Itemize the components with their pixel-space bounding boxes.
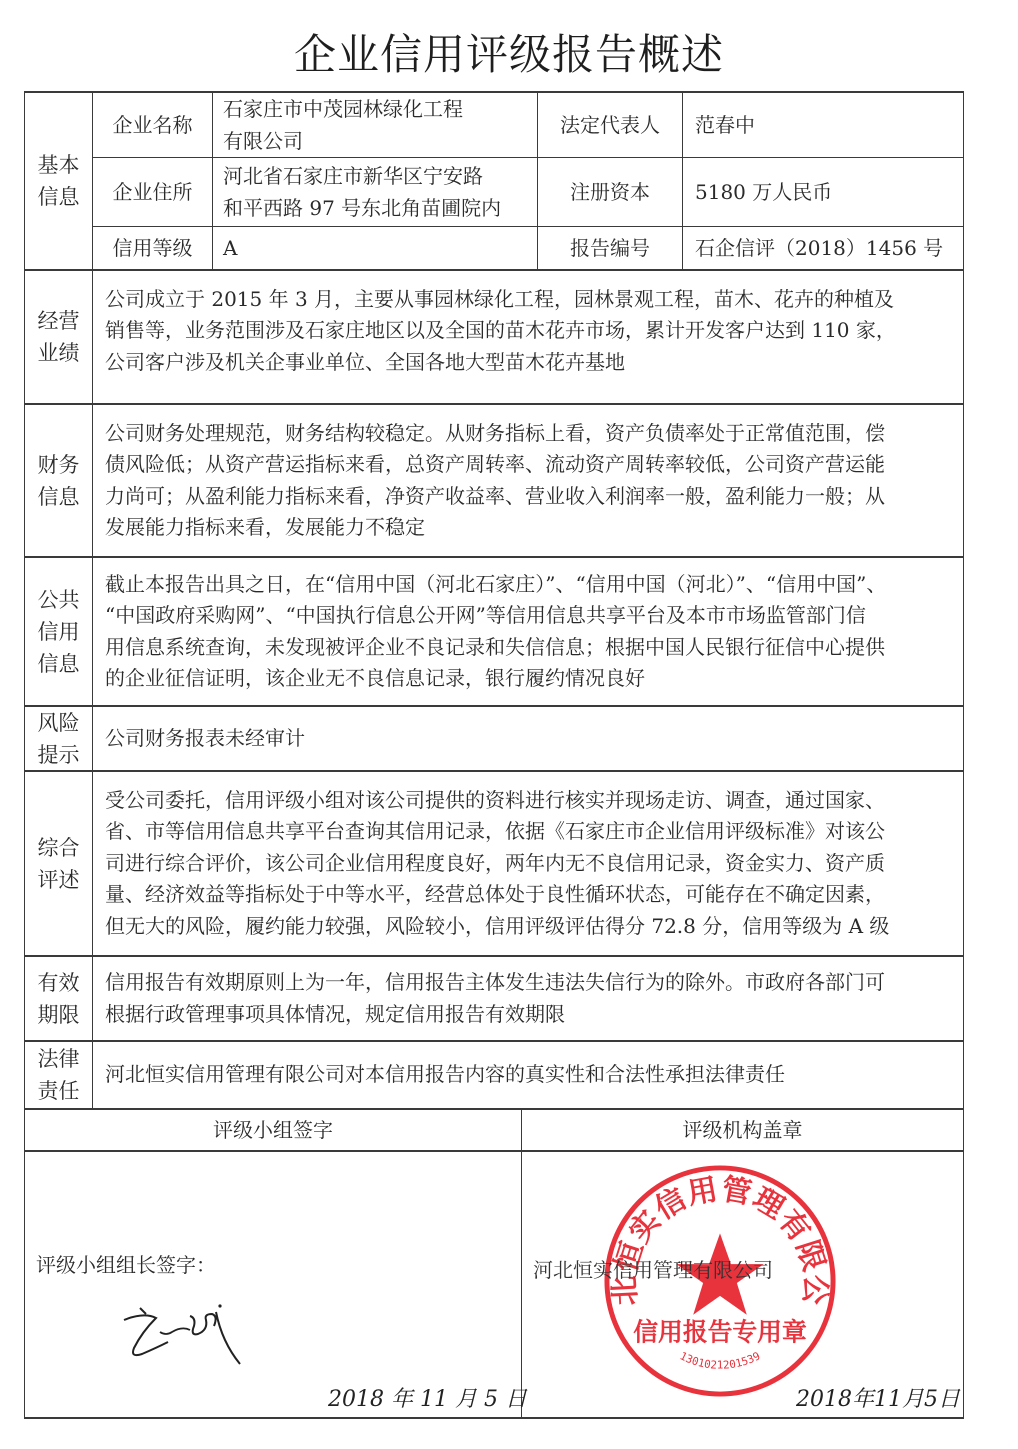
address-label: 企业住所 xyxy=(93,158,212,226)
credit-grade-value: A xyxy=(213,227,537,269)
company-name-line: 有限公司 xyxy=(223,125,463,157)
text-line: 但无大的风险，履约能力较强，风险较小，信用评级评估得分 72.8 分，信用等级为… xyxy=(105,911,889,943)
label-line: 责任 xyxy=(38,1075,80,1107)
svg-text:1301021201539: 1301021201539 xyxy=(678,1349,763,1371)
registered-capital-value: 5180 万人民币 xyxy=(683,158,963,226)
text-line: 债风险低；从资产营运指标来看，总资产周转率、流动资产周转率较低，公司资产营运能 xyxy=(105,449,885,481)
label-line: 风险 xyxy=(38,707,80,739)
section-label-financial: 财务信息 xyxy=(25,405,92,556)
section-body-summary: 受公司委托，信用评级小组对该公司提供的资料进行核实并现场走访、调查，通过国家、省… xyxy=(93,772,963,955)
section-body-risk: 公司财务报表未经审计 xyxy=(93,707,963,770)
handwritten-signature xyxy=(118,1290,278,1370)
svg-text:信用报告专用章: 信用报告专用章 xyxy=(633,1318,807,1347)
section-label-public-credit: 公共信用信息 xyxy=(25,558,92,705)
text-line: 发展能力指标来看，发展能力不稳定 xyxy=(105,512,885,544)
label-line: 综合 xyxy=(38,832,80,864)
text-line: 量、经济效益等指标处于中等水平，经营总体处于良性循环状态，可能存在不确定因素， xyxy=(105,879,889,911)
address-value: 河北省石家庄市新华区宁安路和平西路 97 号东北角苗圃院内 xyxy=(213,158,537,226)
text-line: 公司客户涉及机关企事业单位、全国各地大型苗木花卉基地 xyxy=(105,347,896,379)
registered-capital-label: 注册资本 xyxy=(538,158,682,226)
credit-grade-label: 信用等级 xyxy=(93,227,212,269)
section-body-validity: 信用报告有效期原则上为一年，信用报告主体发生违法失信行为的除外。市政府各部门可根… xyxy=(93,957,963,1040)
agency-seal-date: 2018年11月5日 xyxy=(796,1382,960,1413)
text-line: 公司财务报表未经审计 xyxy=(105,723,305,755)
label-line: 信息 xyxy=(38,481,80,513)
text-line: 根据行政管理事项具体情况，规定信用报告有效期限 xyxy=(105,999,885,1031)
agency-seal-header: 评级机构盖章 xyxy=(522,1110,963,1150)
label-line: 期限 xyxy=(38,999,80,1031)
text-line: 的企业征信证明，该企业无不良信息记录，银行履约情况良好 xyxy=(105,663,886,695)
section-label-legal: 法律责任 xyxy=(25,1042,92,1108)
label-line: 评述 xyxy=(38,864,80,896)
legal-rep-label: 法定代表人 xyxy=(538,92,682,157)
text-line: 省、市等信用信息共享平台查询其信用记录，依据《石家庄市企业信用评级标准》对该公 xyxy=(105,816,889,848)
label-line: 信息 xyxy=(38,181,80,213)
text-line: 力尚可；从盈利能力指标来看，净资产收益率、营业收入利润率一般，盈利能力一般；从 xyxy=(105,481,885,513)
basic-info-label: 基本信息 xyxy=(25,92,92,269)
text-line: 用信息系统查询，未发现被评企业不良记录和失信信息；根据中国人民银行征信中心提供 xyxy=(105,632,886,664)
section-body-financial: 公司财务处理规范，财务结构较稳定。从财务指标上看，资产负债率处于正常值范围，偿债… xyxy=(93,405,963,556)
text-line: “中国政府采购网”、“中国执行信息公开网”等信用信息共享平台及本市市场监管部门信 xyxy=(105,600,886,632)
section-label-risk: 风险提示 xyxy=(25,707,92,770)
address-line: 和平西路 97 号东北角苗圃院内 xyxy=(223,192,501,224)
label-line: 法律 xyxy=(38,1043,80,1075)
team-sign-date: 2018 年 11 月 5 日 xyxy=(328,1382,527,1413)
team-leader-label: 评级小组组长签字： xyxy=(36,1248,336,1282)
label-line: 业绩 xyxy=(38,337,80,369)
section-body-public-credit: 截止本报告出具之日，在“信用中国（河北石家庄）”、“信用中国（河北）”、“信用中… xyxy=(93,558,963,705)
text-line: 河北恒实信用管理有限公司对本信用报告内容的真实性和合法性承担法律责任 xyxy=(105,1059,785,1091)
label-line: 基本 xyxy=(38,149,80,181)
text-line: 公司财务处理规范，财务结构较稳定。从财务指标上看，资产负债率处于正常值范围，偿 xyxy=(105,418,885,450)
text-line: 受公司委托，信用评级小组对该公司提供的资料进行核实并现场走访、调查，通过国家、 xyxy=(105,785,889,817)
label-line: 公共 xyxy=(38,584,80,616)
label-line: 经营 xyxy=(38,305,80,337)
company-name-value: 石家庄市中茂园林绿化工程有限公司 xyxy=(213,92,537,157)
agency-name: 河北恒实信用管理有限公司 xyxy=(533,1253,833,1287)
section-label-summary: 综合评述 xyxy=(25,772,92,955)
text-line: 司进行综合评价，该公司企业信用程度良好，两年内无不良信用记录，资金实力、资产质 xyxy=(105,848,889,880)
text-line: 截止本报告出具之日，在“信用中国（河北石家庄）”、“信用中国（河北）”、“信用中… xyxy=(105,569,886,601)
text-line: 信用报告有效期原则上为一年，信用报告主体发生违法失信行为的除外。市政府各部门可 xyxy=(105,967,885,999)
label-line: 提示 xyxy=(38,739,80,771)
team-signature-header: 评级小组签字 xyxy=(25,1110,521,1150)
legal-rep-value: 范春中 xyxy=(683,92,963,157)
text-line: 公司成立于 2015 年 3 月，主要从事园林绿化工程，园林景观工程，苗木、花卉… xyxy=(105,284,896,316)
section-label-validity: 有效期限 xyxy=(25,957,92,1040)
company-name-label: 企业名称 xyxy=(93,92,212,157)
page-title: 企业信用评级报告概述 xyxy=(0,22,1018,82)
section-body-legal: 河北恒实信用管理有限公司对本信用报告内容的真实性和合法性承担法律责任 xyxy=(93,1042,963,1108)
label-line: 有效 xyxy=(38,967,80,999)
label-line: 信用 xyxy=(38,616,80,648)
report-no-label: 报告编号 xyxy=(538,227,682,269)
report-no-value: 石企信评（2018）1456 号 xyxy=(683,227,963,269)
label-line: 财务 xyxy=(38,449,80,481)
label-line: 信息 xyxy=(38,648,80,680)
address-line: 河北省石家庄市新华区宁安路 xyxy=(223,160,501,192)
text-line: 销售等，业务范围涉及石家庄地区以及全国的苗木花卉市场，累计开发客户达到 110 … xyxy=(105,315,896,347)
company-name-line: 石家庄市中茂园林绿化工程 xyxy=(223,93,463,125)
section-label-business: 经营业绩 xyxy=(25,271,92,403)
section-body-business: 公司成立于 2015 年 3 月，主要从事园林绿化工程，园林景观工程，苗木、花卉… xyxy=(93,271,963,403)
